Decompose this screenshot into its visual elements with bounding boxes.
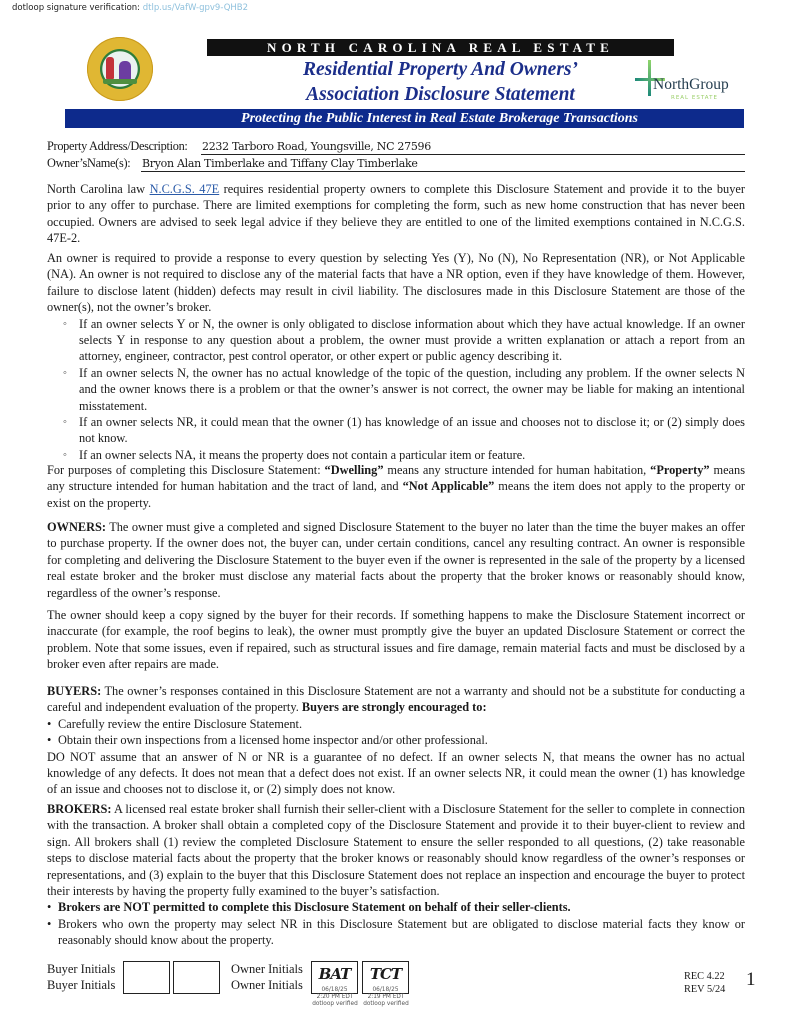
signature-time: 2:20 PM EDT — [309, 994, 361, 1001]
form-revision: REC 4.22 REV 5/24 — [684, 971, 725, 996]
nc-commission-seal-icon — [87, 37, 153, 101]
seal-figure-left — [106, 57, 114, 79]
property-address-field: Property Address/Description: 2232 Tarbo… — [47, 139, 745, 154]
response-paragraph: An owner is required to provide a respon… — [47, 250, 745, 316]
rev-date: REV 5/24 — [684, 984, 725, 997]
list-item: If an owner selects NA, it means the pro… — [47, 447, 745, 463]
copy-paragraph: The owner should keep a copy signed by t… — [47, 607, 745, 673]
intro-paragraph: North Carolina law N.C.G.S. 47E requires… — [47, 181, 745, 247]
owners-section: OWNERS: The owner must give a completed … — [47, 519, 745, 601]
ncgs-47e-link[interactable]: N.C.G.S. 47E — [150, 182, 220, 196]
term-dwelling: “Dwelling” — [325, 463, 384, 477]
list-item: If an owner selects N, the owner has no … — [47, 365, 745, 414]
buyer-initials-labels: Buyer Initials Buyer Initials — [47, 962, 115, 993]
list-item: Brokers who own the property may select … — [47, 916, 745, 949]
address-label: Property Address/Description: — [47, 139, 188, 153]
commission-header: NORTH CAROLINA REAL ESTATE COMMISSION — [207, 39, 674, 56]
def-text: means any structure intended for human h… — [384, 463, 651, 477]
rec-number: REC 4.22 — [684, 971, 725, 984]
address-underline — [201, 154, 745, 155]
owners-value[interactable]: Bryon Alan Timberlake and Tiffany Clay T… — [142, 156, 418, 171]
owner-initials-label: Owner Initials — [231, 962, 303, 978]
owner-initials-label: Owner Initials — [231, 978, 303, 994]
owners-label: Owner’sName(s): — [47, 156, 130, 170]
definitions-paragraph: For purposes of completing this Disclosu… — [47, 462, 745, 511]
brokers-heading: BROKERS: — [47, 802, 111, 816]
owner-signature-initials: BAT — [312, 964, 357, 984]
signature-date: 06/18/25 — [363, 987, 408, 994]
owner-initials-box-1[interactable]: BAT 06/18/25 — [311, 961, 358, 994]
signature-date: 06/18/25 — [312, 987, 357, 994]
northgroup-logo: NorthGroup REAL ESTATE — [635, 60, 745, 106]
verification-label: dotloop signature verification: — [12, 3, 140, 13]
term-property: “Property” — [650, 463, 709, 477]
signature-verification: dotloop signature verification: dtlp.us/… — [12, 3, 248, 13]
list-item: If an owner selects NR, it could mean th… — [47, 414, 745, 447]
buyers-warning: DO NOT assume that an answer of N or NR … — [47, 749, 745, 798]
owners-name-field: Owner’sName(s): Bryon Alan Timberlake an… — [47, 156, 745, 171]
tagline-text: Protecting the Public Interest in Real E… — [171, 109, 638, 128]
signature-meta-2: 2:19 PM EDT dotloop verified — [360, 994, 412, 1008]
page-title: Residential Property And Owners’ Associa… — [207, 57, 674, 107]
verification-link[interactable]: dtlp.us/VafW-gpv9-QHB2 — [143, 3, 248, 13]
dotloop-verified: dotloop verified — [360, 1001, 412, 1008]
logo-subtitle: REAL ESTATE — [671, 95, 718, 101]
seal-ground — [103, 79, 137, 84]
title-line-1: Residential Property And Owners’ — [207, 57, 674, 82]
owners-heading: OWNERS: — [47, 520, 106, 534]
buyer-initials-label: Buyer Initials — [47, 962, 115, 978]
buyers-heading: BUYERS: — [47, 684, 101, 698]
buyers-encouraged: Buyers are strongly encouraged to: — [302, 700, 487, 714]
list-item: If an owner selects Y or N, the owner is… — [47, 316, 745, 365]
buyer-initials-label: Buyer Initials — [47, 978, 115, 994]
signature-time: 2:19 PM EDT — [360, 994, 412, 1001]
brokers-text: A licensed real estate broker shall furn… — [47, 802, 745, 898]
brokers-bullet-bold: Brokers are NOT permitted to complete th… — [58, 900, 571, 914]
title-line-2: Association Disclosure Statement — [207, 82, 674, 107]
owner-initials-labels: Owner Initials Owner Initials — [231, 962, 303, 993]
owners-text: The owner must give a completed and sign… — [47, 520, 745, 600]
owner-initials-box-2[interactable]: TCT 06/18/25 — [362, 961, 409, 994]
seal-figure-right — [119, 61, 131, 81]
logo-name: NorthGroup — [653, 76, 729, 94]
list-item: Brokers are NOT permitted to complete th… — [47, 899, 745, 915]
address-value[interactable]: 2232 Tarboro Road, Youngsville, NC 27596 — [202, 139, 431, 154]
tagline-banner: Protecting the Public Interest in Real E… — [65, 109, 744, 128]
buyers-section: BUYERS: The owner’s responses contained … — [47, 683, 745, 798]
dotloop-verified: dotloop verified — [309, 1001, 361, 1008]
list-item: Obtain their own inspections from a lice… — [47, 732, 745, 748]
term-not-applicable: “Not Applicable” — [403, 479, 495, 493]
response-bullets: If an owner selects Y or N, the owner is… — [47, 316, 745, 464]
buyer-initials-box-1[interactable] — [123, 961, 170, 994]
list-item: Carefully review the entire Disclosure S… — [47, 716, 745, 732]
response-section: An owner is required to provide a respon… — [47, 250, 745, 463]
page-number: 1 — [746, 969, 756, 991]
brokers-section: BROKERS: A licensed real estate broker s… — [47, 801, 745, 949]
owner-signature-initials: TCT — [363, 964, 408, 984]
brokers-bullets: Brokers are NOT permitted to complete th… — [47, 899, 745, 948]
owners-underline — [141, 171, 745, 172]
intro-text: North Carolina law — [47, 182, 150, 196]
buyers-bullets: Carefully review the entire Disclosure S… — [47, 716, 745, 749]
def-text: For purposes of completing this Disclosu… — [47, 463, 325, 477]
signature-meta-1: 2:20 PM EDT dotloop verified — [309, 994, 361, 1008]
buyer-initials-box-2[interactable] — [173, 961, 220, 994]
copy-text: The owner should keep a copy signed by t… — [47, 607, 745, 673]
